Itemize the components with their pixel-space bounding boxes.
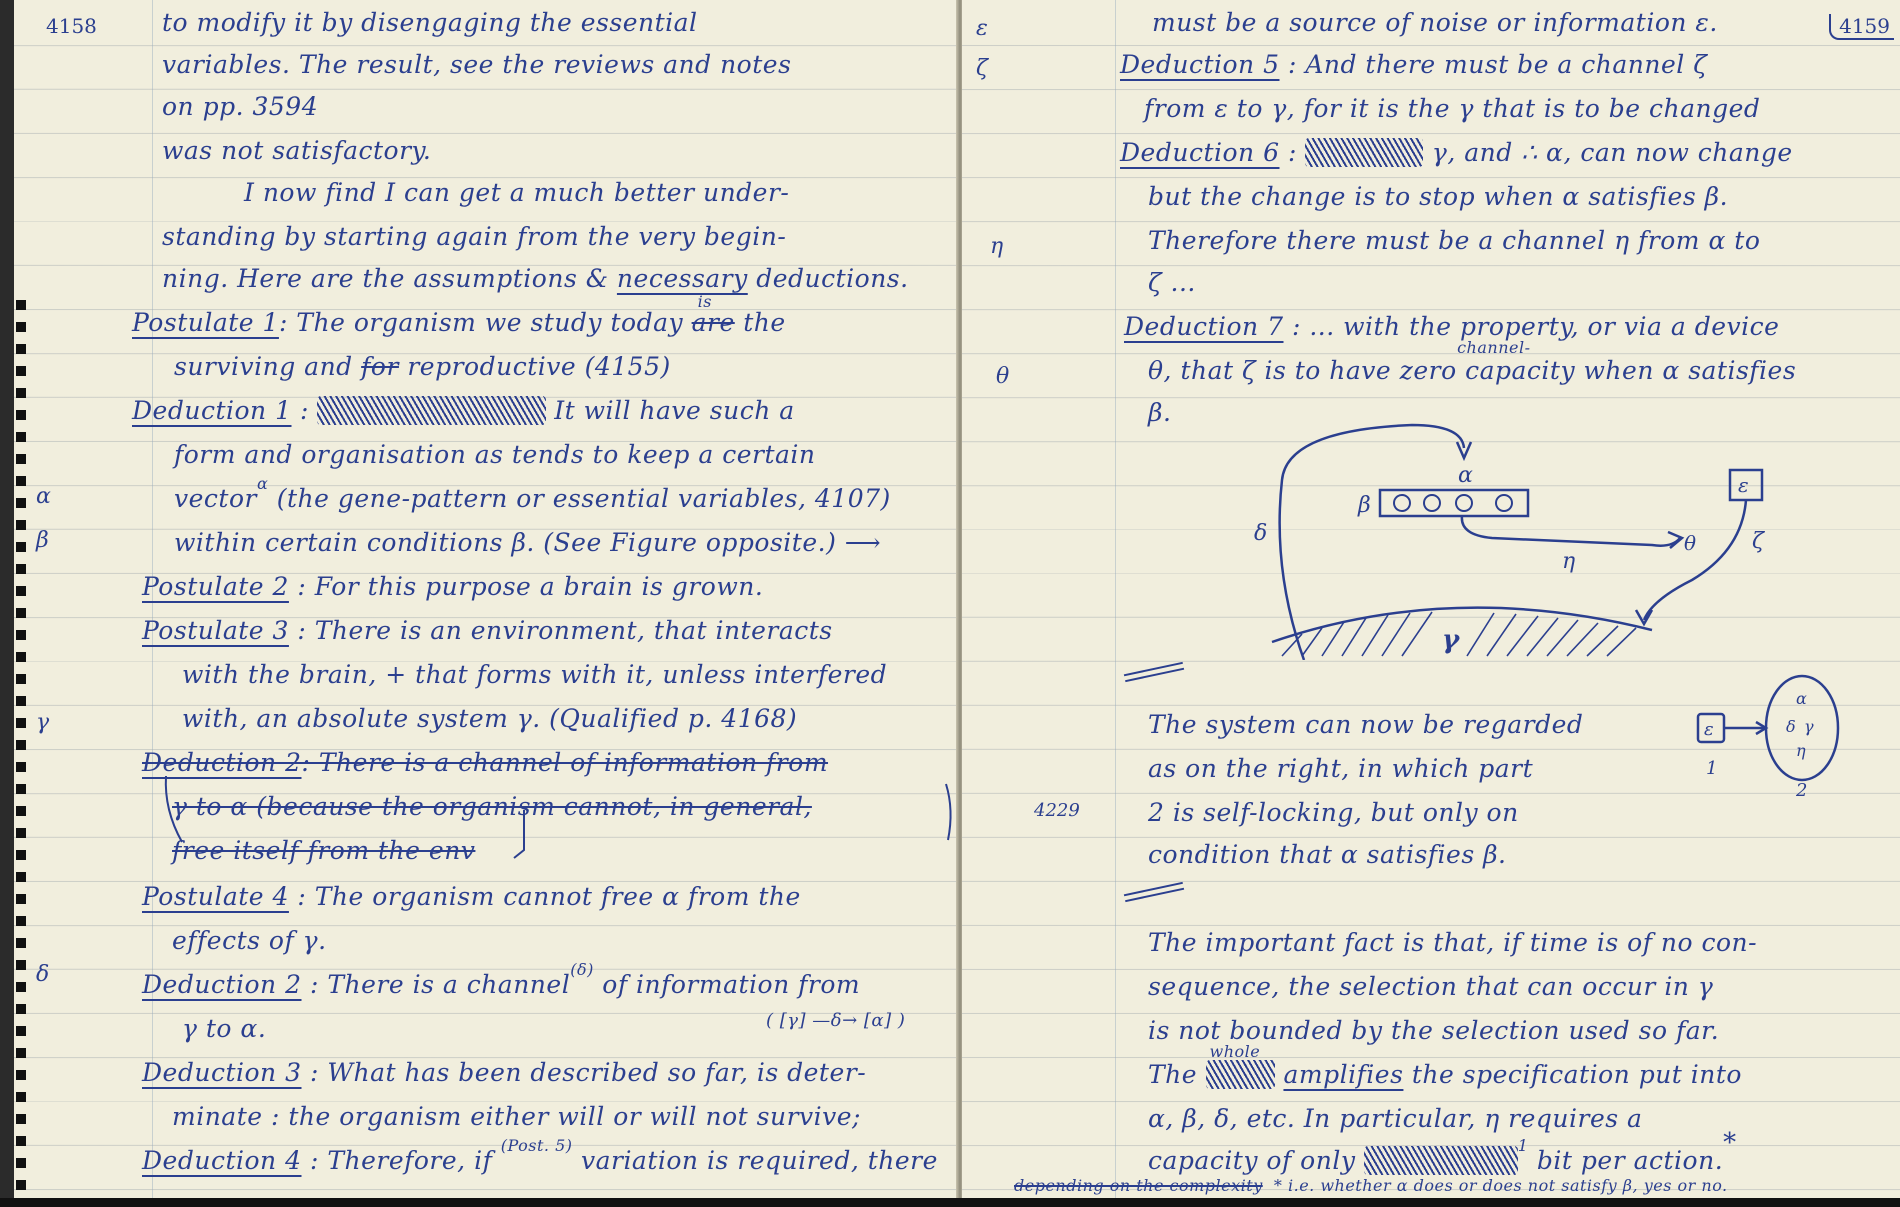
postulate-label: Postulate 4 <box>142 882 289 911</box>
text-line: α, β, δ, etc. In particular, η requires … <box>1148 1104 1642 1133</box>
text-line: ning. Here are the assumptions & necessa… <box>162 264 909 293</box>
text-span: : For this purpose a brain is grown. <box>289 572 763 601</box>
text-line: surviving and for reproductive (4155) <box>174 352 671 381</box>
alpha-vector-box <box>1380 490 1528 516</box>
text-line: with, an absolute system γ. (Qualified p… <box>182 704 797 733</box>
postulate-1: Postulate 1: The organism we study today… <box>132 308 786 337</box>
deduction-label: Deduction 6 <box>1120 138 1280 167</box>
label-eta: η <box>1562 549 1575 574</box>
margin-note-zeta: ζ <box>976 56 988 81</box>
deduction-label: Deduction 5 <box>1120 50 1280 79</box>
label-gamma: γ <box>1804 717 1814 736</box>
struck-footnote: depending on the complexity <box>1014 1176 1263 1195</box>
text-span: : Therefore, if <box>302 1146 501 1175</box>
section-divider <box>1124 882 1184 902</box>
margin-note-theta: θ <box>996 364 1009 389</box>
margin-note-beta: β <box>36 528 49 553</box>
text-line: is not bounded by the selection used so … <box>1148 1016 1719 1045</box>
text-span: The <box>1148 1060 1206 1089</box>
text-span: : The organism cannot free α from the <box>289 882 801 911</box>
label-alpha: α <box>1458 463 1473 488</box>
insertion-text: α <box>257 474 268 493</box>
text-line: condition that α satisfies β. <box>1148 840 1507 869</box>
margin-note-gamma: γ <box>36 710 49 735</box>
insertion-text: is <box>698 292 712 311</box>
struck-text: brain <box>1206 1060 1275 1089</box>
text-line: Therefore there must be a channel η from… <box>1148 226 1760 255</box>
label-part-2: 2 <box>1795 780 1807 800</box>
section-divider <box>1124 662 1184 682</box>
environment-surface <box>1272 608 1652 642</box>
deduction-label: Deduction 7 <box>1124 312 1284 341</box>
text-span: It will have such a <box>546 396 795 425</box>
insertion-text: 1 <box>1518 1136 1529 1155</box>
text-line: capacity of only about a few1 bit per ac… <box>1148 1146 1737 1176</box>
text-line: 2 is self-locking, but only on <box>1148 798 1519 827</box>
postulate-label: Postulate 2 <box>142 572 289 601</box>
text-span: : The organism we study today <box>279 308 692 337</box>
self-locking-system-diagram: ε α δ γ η 1 2 <box>1692 670 1892 800</box>
text-line: β. <box>1148 398 1171 427</box>
label-delta: δ <box>1254 521 1267 546</box>
delta-channel-arrow <box>1280 425 1464 660</box>
text-span: reproductive (4155) <box>399 352 671 381</box>
text-span: : ... with the property, or via a device <box>1284 312 1780 341</box>
inline-figure-gamma-to-alpha: ( [γ] —δ→ [α] ) <box>766 1010 905 1031</box>
page-number-text: 4159 <box>1829 14 1894 40</box>
label-gamma: γ <box>1442 625 1461 655</box>
margin-note-eta: η <box>990 234 1003 259</box>
insertion-text: whole <box>1210 1042 1261 1061</box>
footnote-marker: * <box>1723 1128 1737 1158</box>
text-line: from ε to γ, for it is the γ that is to … <box>1144 94 1760 123</box>
text-line: but the change is to stop when α satisfi… <box>1148 182 1728 211</box>
text-line: variables. The result, see the reviews a… <box>162 50 791 79</box>
text-line: The important fact is that, if time is o… <box>1148 928 1757 957</box>
text-span: bit per action. <box>1528 1146 1723 1175</box>
text-line: vectorα (the gene-pattern or essential v… <box>174 484 891 513</box>
deduction-2: Deduction 2 : There is a channel(δ) of i… <box>142 970 860 999</box>
struck-text: for <box>361 352 399 381</box>
insertion-text: (Post. 5) <box>501 1136 573 1155</box>
text-span: ning. Here are the assumptions & <box>162 264 617 293</box>
margin-note-ref: 4229 <box>1034 800 1080 821</box>
label-eta: η <box>1796 741 1806 760</box>
margin-rule <box>1115 0 1116 1200</box>
eta-channel-arrow <box>1462 516 1680 546</box>
text-span: deductions. <box>748 264 909 293</box>
label-epsilon: ε <box>1738 473 1749 497</box>
text-span: γ, and ∴ α, can now change <box>1423 138 1792 167</box>
deduction-7: Deduction 7 : ... with the property, or … <box>1124 312 1779 341</box>
margin-note-epsilon: ε <box>976 16 988 41</box>
postulate-label: Postulate 1 <box>132 308 279 337</box>
text-line: minate : the organism either will or wil… <box>172 1102 861 1131</box>
text-span: the specification put into <box>1403 1060 1742 1089</box>
label-beta: β <box>1357 493 1371 518</box>
right-page: 4159 ε ζ η θ 4229 must be a source of no… <box>962 0 1900 1200</box>
text-span: capacity when α satisfies <box>1465 356 1796 385</box>
page-bottom-edge <box>0 1198 1900 1207</box>
text-line: to modify it by disengaging the essentia… <box>162 8 698 37</box>
text-line: θ, that ζ is to have zero channel-capaci… <box>1148 356 1796 385</box>
margin-note-alpha: α <box>36 484 51 509</box>
underlined-word: necessary <box>617 264 748 293</box>
text-span: (the gene-pattern or essential variables… <box>268 484 891 513</box>
label-alpha: α <box>1796 689 1807 708</box>
label-zeta: ζ <box>1752 529 1766 554</box>
text-span: : What has been described so far, is det… <box>302 1058 867 1087</box>
postulate-label: Postulate 3 <box>142 616 289 645</box>
label-epsilon: ε <box>1704 719 1714 740</box>
text-line: as on the right, in which part <box>1148 754 1533 783</box>
postulate-4: Postulate 4 : The organism cannot free α… <box>142 882 801 911</box>
deduction-1: Deduction 1 : the vector (4107) It will … <box>132 396 795 425</box>
text-span: of information from <box>594 970 860 999</box>
footnote-line: depending on the complexity * i.e. wheth… <box>1014 1176 1728 1195</box>
label-theta: θ <box>1684 531 1696 555</box>
text-line: on pp. 3594 <box>162 92 318 121</box>
text-span: : <box>292 396 318 425</box>
postulate-3: Postulate 3 : There is an environment, t… <box>142 616 833 645</box>
text-line: ζ ... <box>1148 268 1196 297</box>
text-span: : There is a channel <box>302 970 571 999</box>
struck-text: about a few <box>1364 1146 1518 1175</box>
struck-text: the vector (4107) <box>317 396 545 425</box>
text-line: was not satisfactory. <box>162 136 431 165</box>
deduction-3: Deduction 3 : What has been described so… <box>142 1058 866 1087</box>
deduction-4: Deduction 4 : Therefore, if (Post. 5) va… <box>142 1146 938 1175</box>
label-part-1: 1 <box>1706 758 1717 779</box>
text-line: The wholebrain amplifies the specificati… <box>1148 1060 1742 1089</box>
underlined-word: amplifies <box>1283 1060 1403 1089</box>
text-line: effects of γ. <box>172 926 327 955</box>
text-line: γ to α. <box>182 1014 266 1043</box>
deduction-label: Deduction 2 <box>142 970 302 999</box>
deduction-label: Deduction 4 <box>142 1146 302 1175</box>
label-delta: δ <box>1786 717 1796 736</box>
deduction-label: Deduction 1 <box>132 396 292 425</box>
page-number: 4158 <box>46 14 97 38</box>
struck-text: Only this <box>1305 138 1423 167</box>
struck-text: are <box>692 308 735 337</box>
text-span: surviving and <box>174 352 361 381</box>
text-span: : <box>1280 138 1306 167</box>
binding-stitching <box>16 300 26 1200</box>
system-diagram: α β δ η θ ε ζ γ <box>1252 420 1812 660</box>
text-line: form and organisation as tends to keep a… <box>174 440 816 469</box>
text-line: I now find I can get a much better under… <box>244 178 789 207</box>
text-line: sequence, the selection that can occur i… <box>1148 972 1713 1001</box>
deduction-5: Deduction 5 : And there must be a channe… <box>1120 50 1707 79</box>
text-line: standing by starting again from the very… <box>162 222 786 251</box>
page-number: 4159 <box>1829 14 1894 38</box>
insertion-text: (δ) <box>570 960 594 979</box>
postulate-2: Postulate 2 : For this purpose a brain i… <box>142 572 763 601</box>
text-span: θ, that ζ is to have zero <box>1148 356 1465 385</box>
text-line: The system can now be regarded <box>1148 710 1583 739</box>
text-span: capacity of only <box>1148 1146 1364 1175</box>
text-span: vector <box>174 484 257 513</box>
zeta-channel-arrow <box>1644 500 1746 620</box>
notebook-spread: 4158 α β γ δ to modify it by disengaging… <box>0 0 1900 1207</box>
margin-note-delta: δ <box>36 962 49 987</box>
text-span: : And there must be a channel ζ <box>1280 50 1708 79</box>
footnote-text: * i.e. whether α does or does not satisf… <box>1274 1176 1728 1195</box>
text-span: : There is an environment, that interact… <box>289 616 833 645</box>
text-span: the <box>735 308 786 337</box>
deduction-6: Deduction 6 : Only this γ, and ∴ α, can … <box>1120 138 1793 167</box>
deduction-label: Deduction 3 <box>142 1058 302 1087</box>
text-line: within certain conditions β. (See Figure… <box>174 528 881 557</box>
text-span: variation is required, there <box>573 1146 938 1175</box>
insertion-text: channel- <box>1457 338 1530 357</box>
deletion-bracket <box>154 770 964 870</box>
text-line: with the brain, + that forms with it, un… <box>182 660 887 689</box>
left-page: 4158 α β γ δ to modify it by disengaging… <box>0 0 958 1200</box>
text-line: must be a source of noise or information… <box>1152 8 1718 37</box>
